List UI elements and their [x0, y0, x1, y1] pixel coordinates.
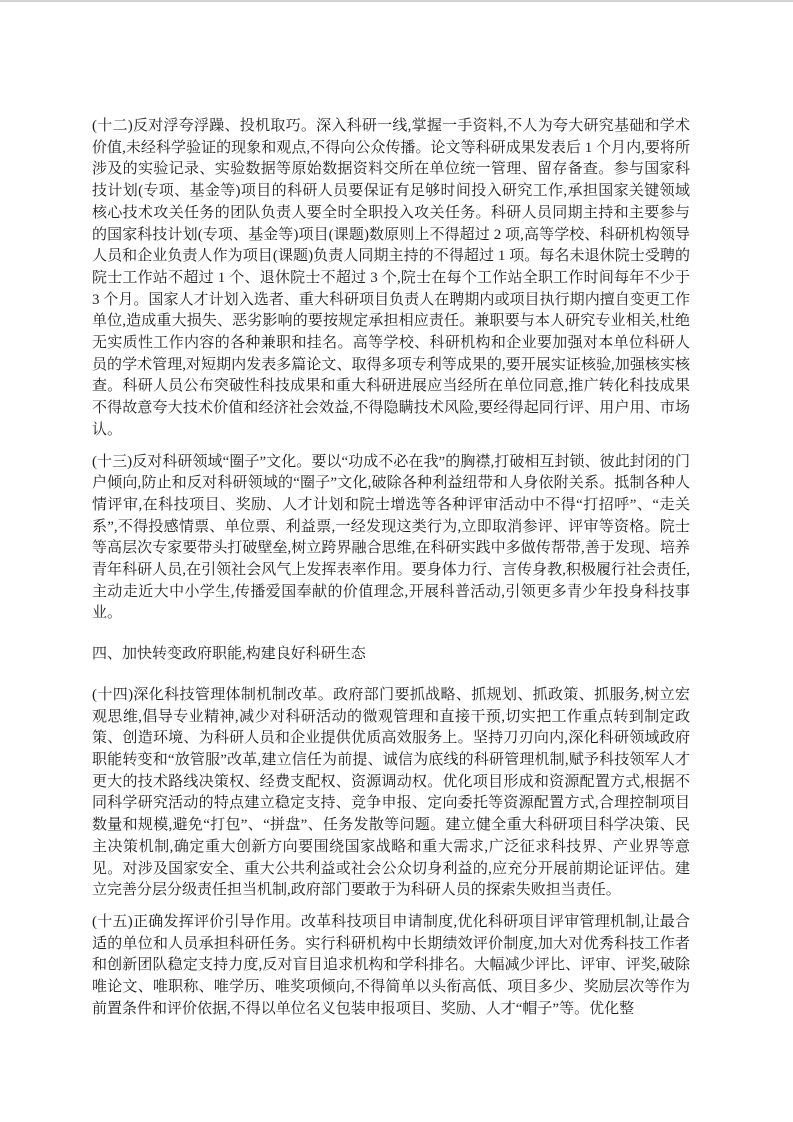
page-content: (十二)反对浮夸浮躁、投机取巧。深入科研一线,掌握一手资料,不人为夸大研究基础和… — [0, 0, 793, 1030]
paragraph-item-13: (十三)反对科研领域“圈子”文化。要以“功成不必在我”的胸襟,打破相互封锁、彼此… — [92, 452, 690, 626]
paragraph-item-12: (十二)反对浮夸浮躁、投机取巧。深入科研一线,掌握一手资料,不人为夸大研究基础和… — [92, 116, 690, 442]
paragraph-item-14: (十四)深化科技管理体制机制改革。政府部门要抓战略、抓规划、抓政策、抓服务,树立… — [92, 685, 690, 902]
paragraph-item-15-partial: (十五)正确发挥评价引导作用。改革科技项目申请制度,优化科研项目评审管理机制,让… — [92, 912, 690, 1021]
document-page: (十二)反对浮夸浮躁、投机取巧。深入科研一线,掌握一手资料,不人为夸大研究基础和… — [0, 0, 793, 1122]
section-heading-4: 四、加快转变政府职能,构建良好科研生态 — [92, 644, 690, 666]
